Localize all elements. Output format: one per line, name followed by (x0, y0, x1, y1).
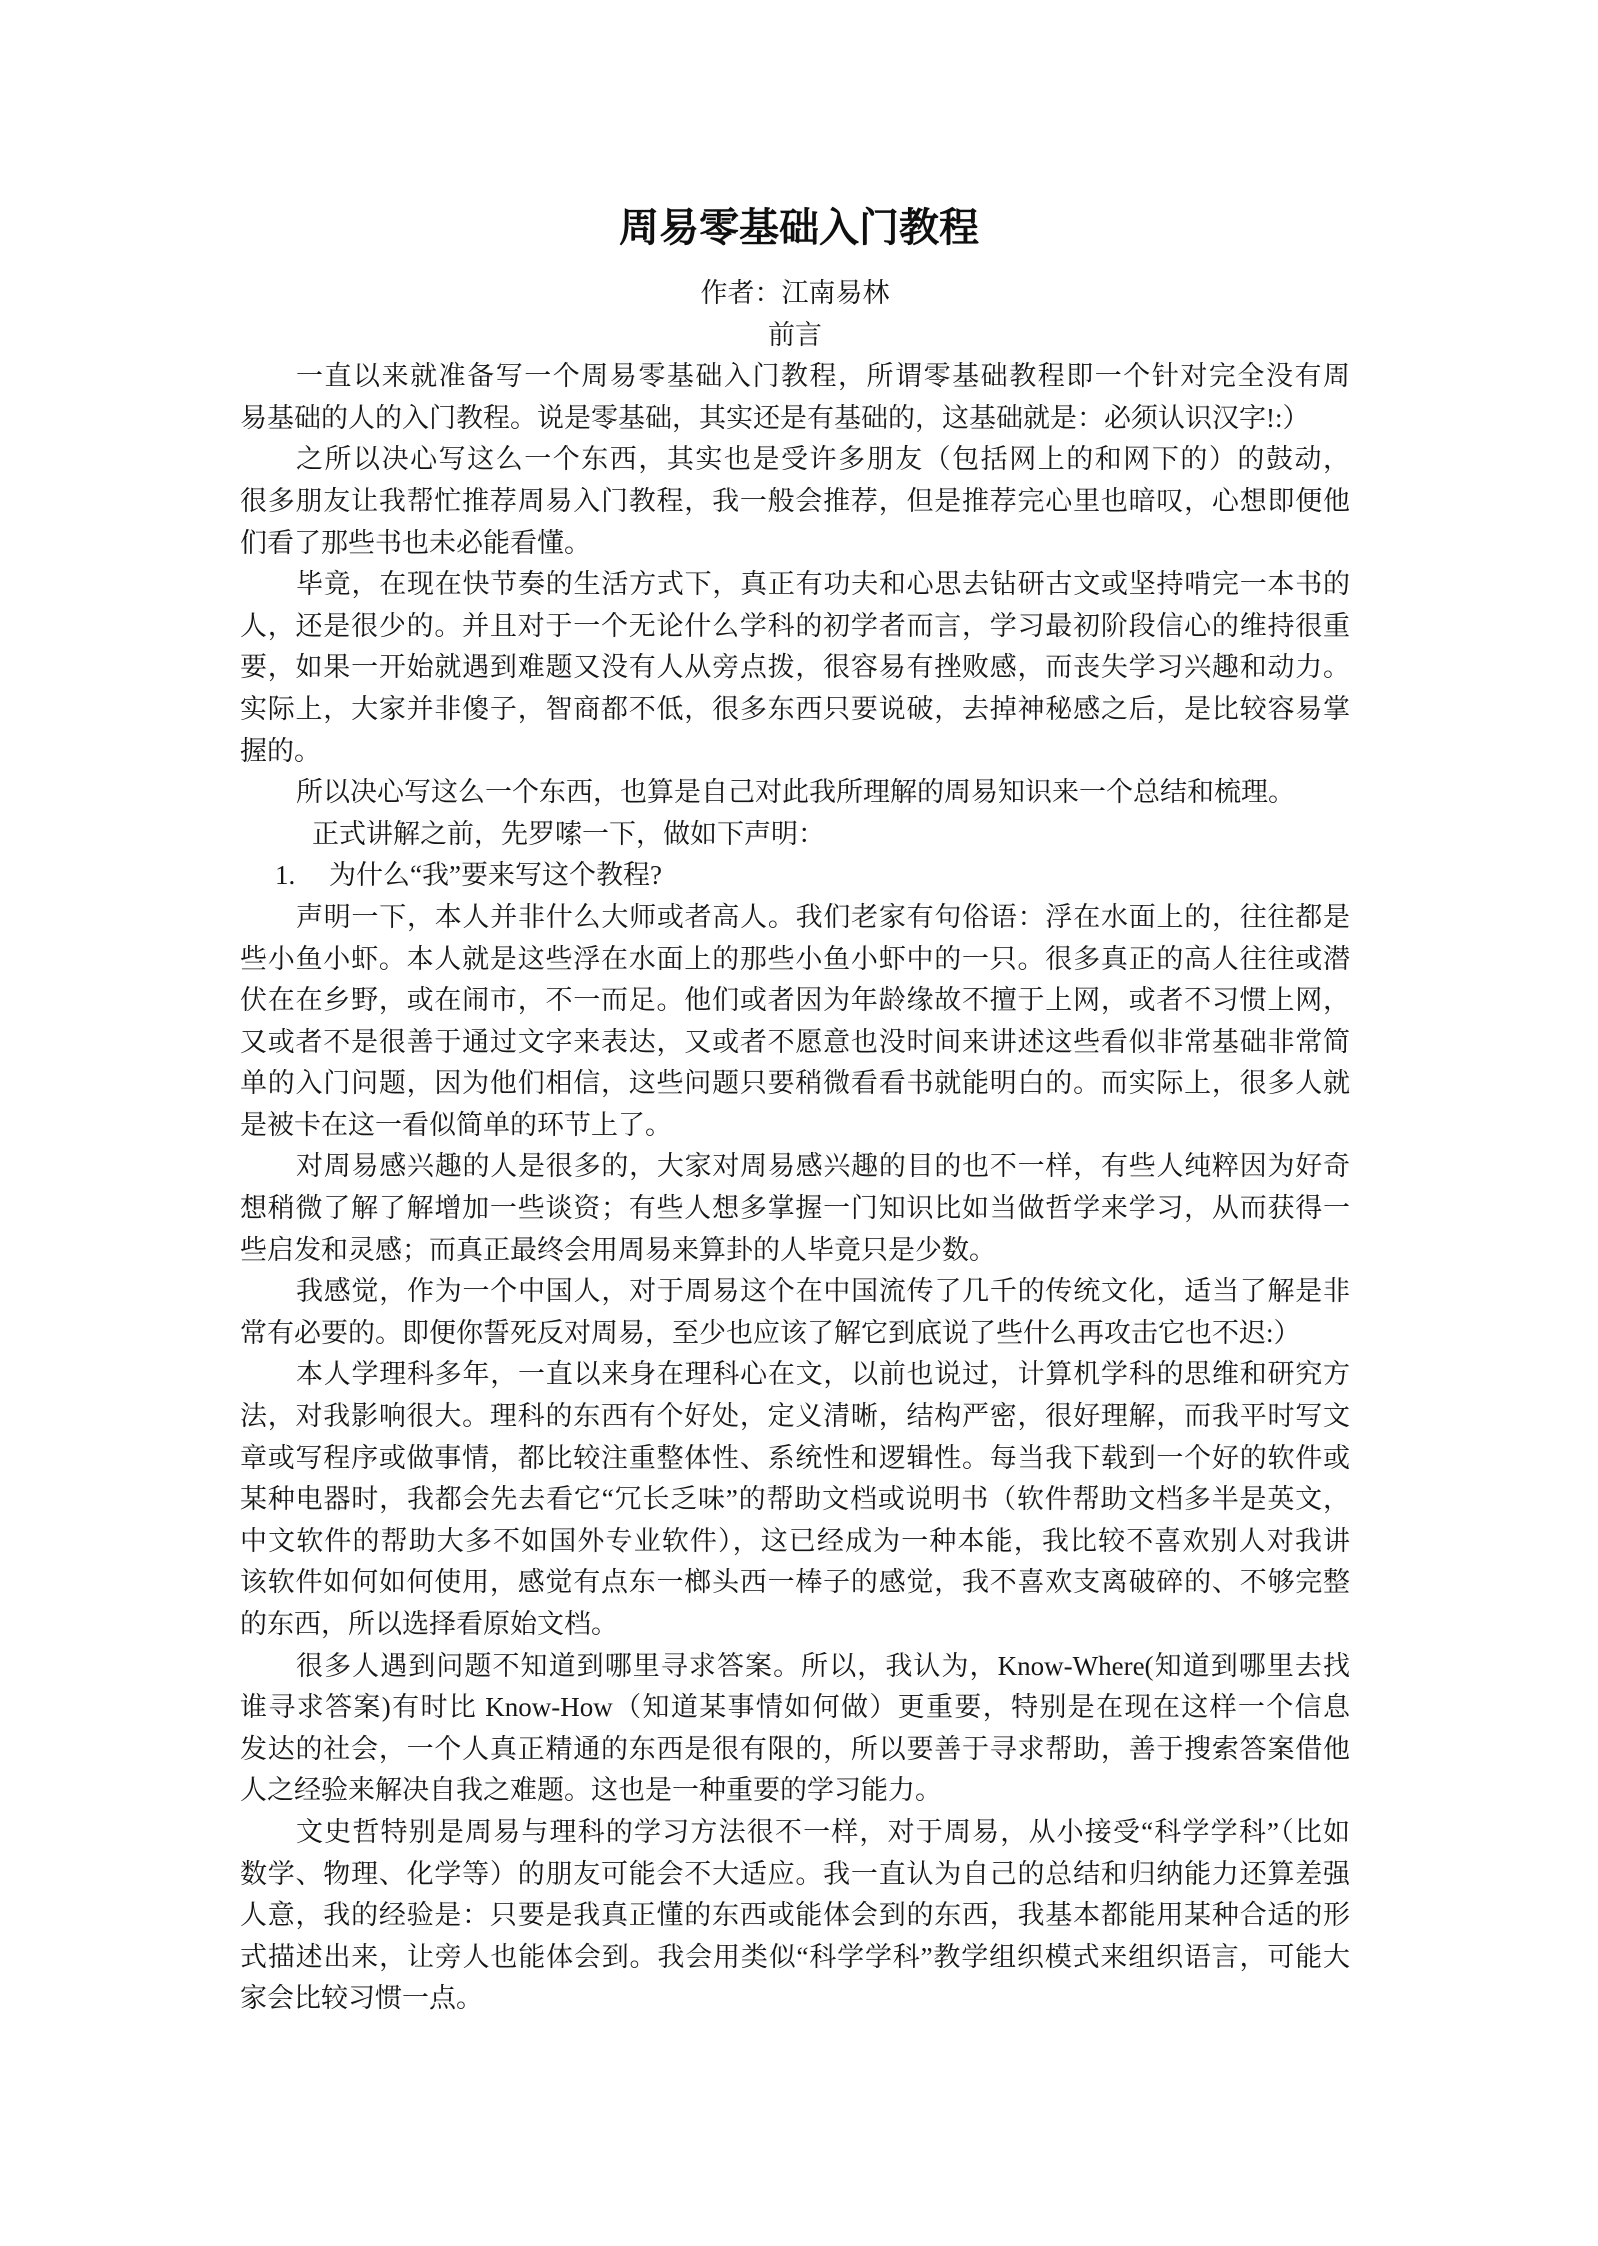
body-line: 一直以来就准备写一个周易零基础入门教程，所谓零基础教程即一个针对完全没有周 (240, 356, 1350, 398)
body-line: 毕竟，在现在快节奏的生活方式下，真正有功夫和心思去钻研古文或坚持啃完一本书的 (240, 564, 1350, 606)
body-line: 常有必要的。即便你誓死反对周易，至少也应该了解它到底说了些什么再攻击它也不迟:） (240, 1313, 1350, 1355)
body-line: 又或者不是很善于通过文字来表达，又或者不愿意也没时间来讲述这些看似非常基础非常简 (240, 1022, 1350, 1064)
document-body: 作者：江南易林 前言 一直以来就准备写一个周易零基础入门教程，所谓零基础教程即一… (240, 273, 1350, 2020)
page-title: 周易零基础入门教程 (0, 203, 1598, 253)
body-line: 们看了那些书也未必能看懂。 (240, 523, 1350, 565)
body-line: 1. 为什么“我”要来写这个教程? (240, 855, 1350, 897)
body-line: 法，对我影响很大。理科的东西有个好处，定义清晰，结构严密，很好理解，而我平时写文 (240, 1396, 1350, 1438)
body-line: 谁寻求答案)有时比 Know-How（知道某事情如何做）更重要，特别是在现在这样… (240, 1687, 1350, 1729)
body-line: 人意，我的经验是：只要是我真正懂的东西或能体会到的东西，我基本都能用某种合适的形 (240, 1895, 1350, 1937)
author-line: 作者：江南易林 (240, 273, 1350, 315)
body-line: 数学、物理、化学等）的朋友可能会不大适应。我一直认为自己的总结和归纳能力还算差强 (240, 1854, 1350, 1896)
body-line: 人之经验来解决自我之难题。这也是一种重要的学习能力。 (240, 1770, 1350, 1812)
body-line: 我感觉，作为一个中国人，对于周易这个在中国流传了几千的传统文化，适当了解是非 (240, 1271, 1350, 1313)
body-line: 握的。 (240, 731, 1350, 773)
body-line: 易基础的人的入门教程。说是零基础，其实还是有基础的，这基础就是：必须认识汉字!:… (240, 398, 1350, 440)
body-line: 想稍微了解了解增加一些谈资；有些人想多掌握一门知识比如当做哲学来学习，从而获得一 (240, 1188, 1350, 1230)
body-line: 伏在在乡野，或在闹市，不一而足。他们或者因为年龄缘故不擅于上网，或者不习惯上网， (240, 980, 1350, 1022)
section-heading: 前言 (240, 315, 1350, 357)
body-line: 某种电器时，我都会先去看它“冗长乏味”的帮助文档或说明书（软件帮助文档多半是英文… (240, 1479, 1350, 1521)
document-page: 周易零基础入门教程 作者：江南易林 前言 一直以来就准备写一个周易零基础入门教程… (0, 0, 1598, 2246)
body-line: 本人学理科多年，一直以来身在理科心在文，以前也说过，计算机学科的思维和研究方 (240, 1354, 1350, 1396)
body-line: 发达的社会，一个人真正精通的东西是很有限的，所以要善于寻求帮助，善于搜索答案借他 (240, 1729, 1350, 1771)
body-line: 很多朋友让我帮忙推荐周易入门教程，我一般会推荐，但是推荐完心里也暗叹，心想即便他 (240, 481, 1350, 523)
body-line: 该软件如何如何使用，感觉有点东一榔头西一棒子的感觉，我不喜欢支离破碎的、不够完整 (240, 1562, 1350, 1604)
body-line: 些小鱼小虾。本人就是这些浮在水面上的那些小鱼小虾中的一只。很多真正的高人往往或潜 (240, 939, 1350, 981)
body-line: 实际上，大家并非傻子，智商都不低，很多东西只要说破，去掉神秘感之后，是比较容易掌 (240, 689, 1350, 731)
body-line: 些启发和灵感；而真正最终会用周易来算卦的人毕竟只是少数。 (240, 1230, 1350, 1272)
body-line: 要，如果一开始就遇到难题又没有人从旁点拨，很容易有挫败感，而丧失学习兴趣和动力。 (240, 647, 1350, 689)
body-line: 章或写程序或做事情，都比较注重整体性、系统性和逻辑性。每当我下载到一个好的软件或 (240, 1438, 1350, 1480)
body-line: 的东西，所以选择看原始文档。 (240, 1604, 1350, 1646)
body-line: 是被卡在这一看似简单的环节上了。 (240, 1105, 1350, 1147)
body-line: 中文软件的帮助大多不如国外专业软件），这已经成为一种本能，我比较不喜欢别人对我讲 (240, 1521, 1350, 1563)
body-line: 人，还是很少的。并且对于一个无论什么学科的初学者而言，学习最初阶段信心的维持很重 (240, 606, 1350, 648)
body-line: 文史哲特别是周易与理科的学习方法很不一样，对于周易，从小接受“科学学科”（比如 (240, 1812, 1350, 1854)
body-line: 对周易感兴趣的人是很多的，大家对周易感兴趣的目的也不一样，有些人纯粹因为好奇 (240, 1146, 1350, 1188)
body-line: 单的入门问题，因为他们相信，这些问题只要稍微看看书就能明白的。而实际上，很多人就 (240, 1063, 1350, 1105)
body-line: 很多人遇到问题不知道到哪里寻求答案。所以，我认为，Know-Where(知道到哪… (240, 1646, 1350, 1688)
body-line: 正式讲解之前，先罗嗦一下，做如下声明： (240, 814, 1350, 856)
body-lines: 一直以来就准备写一个周易零基础入门教程，所谓零基础教程即一个针对完全没有周易基础… (240, 356, 1350, 2020)
body-line: 式描述出来，让旁人也能体会到。我会用类似“科学学科”教学组织模式来组织语言，可能… (240, 1937, 1350, 1979)
body-line: 之所以决心写这么一个东西，其实也是受许多朋友（包括网上的和网下的）的鼓动， (240, 439, 1350, 481)
body-line: 家会比较习惯一点。 (240, 1978, 1350, 2020)
body-line: 所以决心写这么一个东西，也算是自己对此我所理解的周易知识来一个总结和梳理。 (240, 772, 1350, 814)
body-line: 声明一下，本人并非什么大师或者高人。我们老家有句俗语：浮在水面上的，往往都是 (240, 897, 1350, 939)
